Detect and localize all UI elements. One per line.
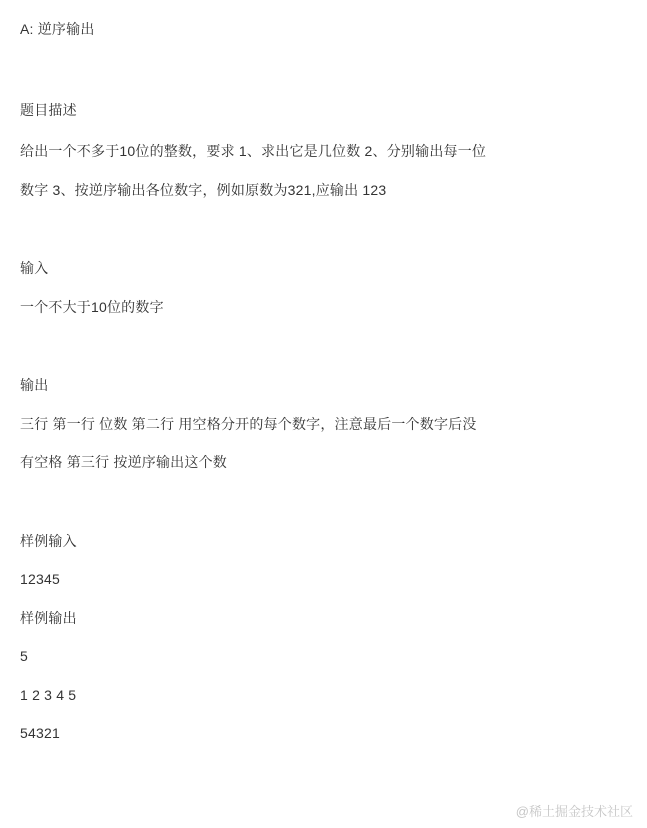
output-heading: 输出 (20, 366, 488, 405)
problem-content: A: 逆序输出 题目描述 给出一个不多于10位的整数，要求 1、求出它是几位数 … (20, 10, 488, 753)
sample-output-line-1: 5 (20, 637, 488, 676)
description-heading: 题目描述 (20, 91, 488, 130)
sample-output-line-3: 54321 (20, 714, 488, 753)
sample-input-value: 12345 (20, 560, 488, 599)
description-body: 给出一个不多于10位的整数，要求 1、求出它是几位数 2、分别输出每一位数字 3… (20, 132, 488, 209)
problem-page: A: 逆序输出 题目描述 给出一个不多于10位的整数，要求 1、求出它是几位数 … (0, 0, 647, 828)
input-body: 一个不大于10位的数字 (20, 288, 488, 327)
input-heading: 输入 (20, 249, 488, 288)
sample-output-line-2: 1 2 3 4 5 (20, 676, 488, 715)
watermark: @稀土掘金技术社区 (516, 803, 633, 821)
sample-input-heading: 样例输入 (20, 522, 488, 561)
problem-title: A: 逆序输出 (20, 10, 488, 49)
sample-output-heading: 样例输出 (20, 599, 488, 638)
output-body: 三行 第一行 位数 第二行 用空格分开的每个数字，注意最后一个数字后没有空格 第… (20, 405, 488, 482)
